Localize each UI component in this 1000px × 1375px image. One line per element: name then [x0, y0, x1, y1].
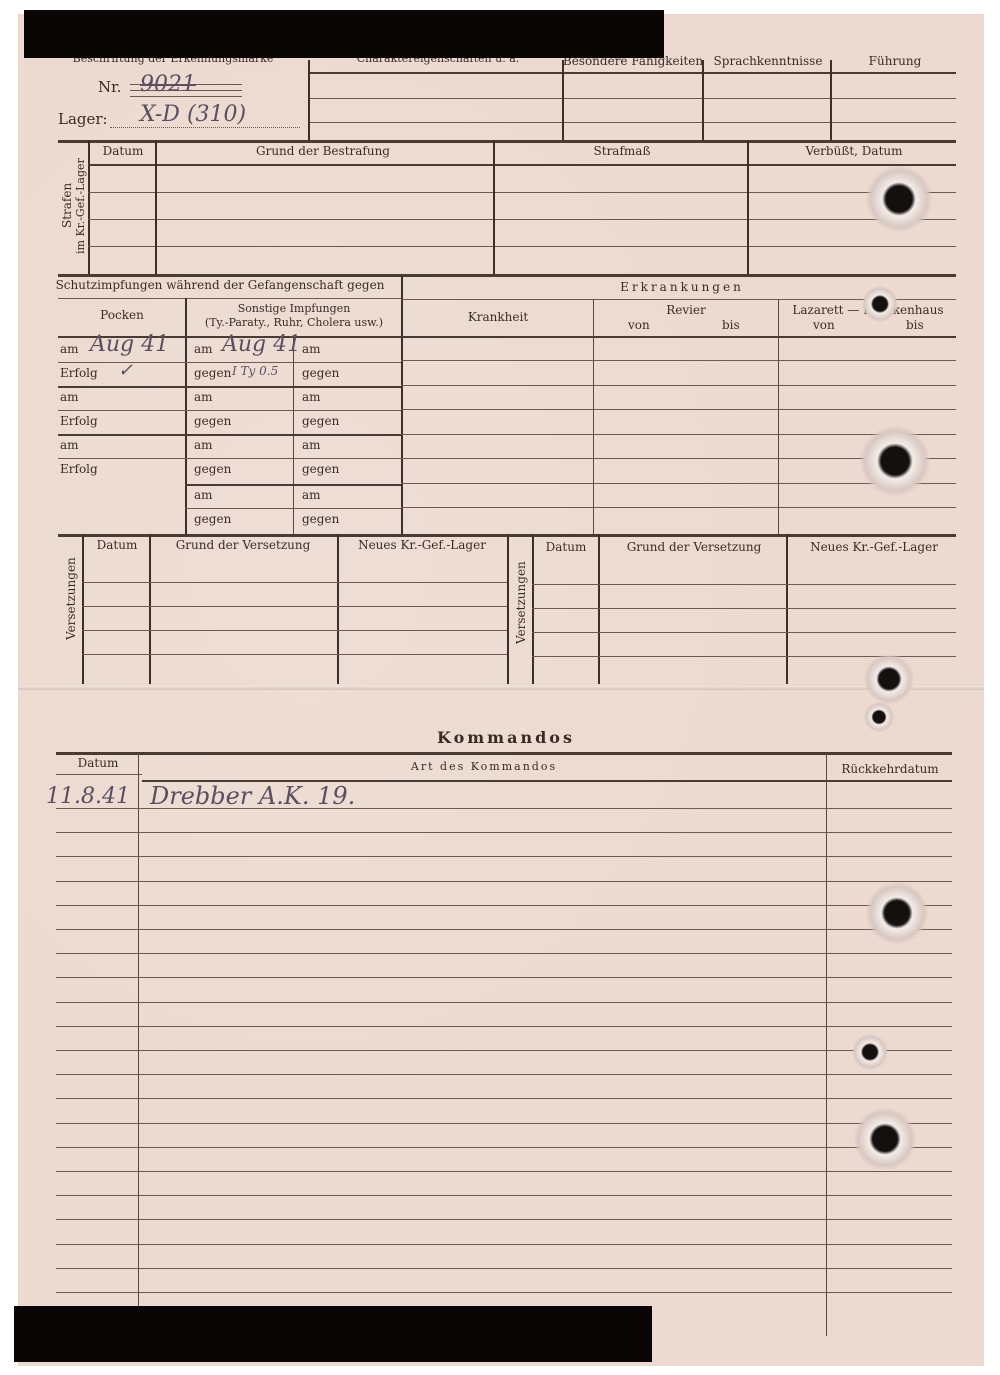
divider [532, 534, 534, 684]
col-fuehrung-label: Führung [869, 54, 922, 68]
rule [185, 362, 401, 363]
pocken-erfolg-1: Erfolg [60, 366, 98, 380]
rule [58, 410, 185, 411]
ruled-line [56, 856, 952, 857]
damage-hole [862, 286, 898, 322]
sonstige-am-1: am [194, 342, 213, 356]
damage-hole [864, 654, 914, 704]
kommandos-col-datum: Datum [78, 756, 119, 770]
rule [88, 164, 956, 166]
divider [830, 60, 832, 140]
lager-value: X-D (310) [140, 102, 246, 127]
ruled-line [82, 654, 507, 655]
sonstige-am-3b: am [302, 438, 321, 452]
pocken-erfolg-2: Erfolg [60, 414, 98, 428]
divider [747, 140, 749, 274]
lager-dotted-line [110, 127, 300, 128]
ruled-line [56, 977, 952, 978]
ruled-line [56, 1050, 952, 1051]
revier-bis: bis [722, 318, 740, 332]
ruled-line [401, 360, 956, 361]
pocken-erfolg-3: Erfolg [60, 462, 98, 476]
rule [185, 410, 401, 411]
sonstige-am-1b: am [302, 342, 321, 356]
pocken-am-3: am [60, 438, 79, 452]
redaction-bar-top [24, 10, 664, 58]
ruled-line [56, 1195, 952, 1196]
rule [88, 192, 956, 193]
ruled-line [401, 507, 956, 508]
lazarett-von: von [813, 318, 835, 332]
divider [337, 534, 339, 684]
divider [598, 534, 600, 684]
versetzungen-side-label-left: Versetzungen [64, 557, 78, 640]
nr-label: Nr. [98, 78, 121, 96]
divider [185, 298, 187, 534]
rule [56, 774, 142, 775]
divider [88, 140, 90, 274]
rule [310, 98, 956, 99]
versetzungen-side-label-right: Versetzungen [514, 561, 528, 644]
erkrankungen-col-revier: Revier [666, 303, 706, 317]
ruled-line [56, 832, 952, 833]
strafen-col-datum: Datum [103, 144, 144, 158]
damage-hole [854, 1108, 916, 1170]
rule [185, 434, 401, 436]
strafen-col-strafmass: Strafmaß [594, 144, 651, 158]
ruled-line [401, 409, 956, 410]
ruled-line [56, 905, 952, 906]
kommandos-col-art: Art des Kommandos [411, 760, 557, 773]
sonstige-am-2: am [194, 390, 213, 404]
vers-left-col-grund: Grund der Versetzung [176, 538, 311, 552]
rule [185, 484, 401, 486]
vers-right-col-grund: Grund der Versetzung [627, 540, 762, 554]
rule [88, 246, 956, 247]
strafen-side-label: Strafen [60, 183, 74, 228]
ruled-line [56, 1219, 952, 1220]
divider [593, 299, 594, 534]
pocken-label: Pocken [100, 308, 144, 322]
sonstige-am-3: am [194, 438, 213, 452]
divider [401, 276, 403, 534]
sonstige-am-1-value: Aug 41 [222, 332, 301, 357]
ruled-line [82, 582, 507, 583]
rule [185, 458, 401, 459]
ruled-line [56, 1123, 952, 1124]
strafen-col-grund: Grund der Bestrafung [256, 144, 390, 158]
sonstige-gegen-4b: gegen [302, 512, 339, 526]
sonstige-gegen-1: gegen [194, 366, 231, 380]
ruled-line [56, 953, 952, 954]
sonstige-label-2: (Ty.-Paraty., Ruhr, Cholera usw.) [205, 316, 383, 329]
erkrankungen-title: Erkrankungen [620, 280, 744, 294]
rule [88, 219, 956, 220]
rule [58, 434, 185, 436]
ruled-line [401, 385, 956, 386]
nr-value: 9021 [140, 72, 196, 97]
ruled-line [56, 881, 952, 882]
impfungen-title: Schutzimpfungen während der Gefangenscha… [56, 278, 385, 292]
pocken-am-1: am [60, 342, 79, 356]
divider [155, 140, 157, 274]
divider [702, 60, 704, 140]
sonstige-am-4b: am [302, 488, 321, 502]
ruled-line [56, 1002, 952, 1003]
erkrankungen-col-krankheit: Krankheit [468, 310, 528, 324]
ruled-line [56, 1098, 952, 1099]
rule [58, 336, 956, 338]
strafen-col-verbuesst: Verbüßt, Datum [806, 144, 903, 158]
ruled-line [56, 1244, 952, 1245]
ruled-line [56, 1171, 952, 1172]
sonstige-gegen-2b: gegen [302, 414, 339, 428]
sonstige-gegen-1b: gegen [302, 366, 339, 380]
card-fold [18, 686, 984, 692]
rule [185, 386, 401, 388]
rule [310, 122, 956, 123]
vers-left-col-datum: Datum [97, 538, 138, 552]
divider [507, 534, 509, 684]
vers-right-col-lager: Neues Kr.-Gef.-Lager [810, 540, 938, 554]
rule [58, 274, 956, 277]
divider [786, 534, 788, 684]
rule [58, 458, 185, 459]
damage-hole [864, 702, 894, 732]
rule [58, 298, 401, 299]
pocken-erfolg-1-value: ✓ [118, 360, 133, 381]
pocken-am-2: am [60, 390, 79, 404]
divider [82, 534, 84, 684]
ruled-line [56, 1268, 952, 1269]
divider [826, 754, 827, 1336]
divider [493, 140, 495, 274]
sonstige-gegen-2: gegen [194, 414, 231, 428]
strafen-side-label-2: im Kr.-Gef.-Lager [74, 158, 87, 254]
rule [58, 386, 185, 388]
kommandos-title: Kommandos [437, 728, 575, 747]
sonstige-gegen-4: gegen [194, 512, 231, 526]
revier-von: von [628, 318, 650, 332]
sonstige-gegen-3: gegen [194, 462, 231, 476]
lager-label: Lager: [58, 110, 108, 128]
sonstige-label-1: Sonstige Impfungen [238, 302, 351, 315]
sonstige-gegen-1-value: I Ty 0.5 [232, 364, 278, 378]
redaction-bar-bottom [14, 1306, 652, 1362]
ruled-line [56, 1074, 952, 1075]
ruled-line [82, 606, 507, 607]
divider [138, 754, 139, 1306]
damage-hole [866, 882, 928, 944]
sonstige-am-4: am [194, 488, 213, 502]
ruled-line [56, 1292, 952, 1293]
kommandos-col-rueckkehr: Rückkehrdatum [841, 762, 938, 776]
col-sprachkenntnisse-label: Sprachkenntnisse [714, 54, 823, 68]
rule [58, 140, 956, 143]
vers-right-col-datum: Datum [546, 540, 587, 554]
pocken-am-1-value: Aug 41 [90, 332, 169, 357]
index-card: Beschriftung der Erkennungsmarke Nr. 902… [18, 14, 984, 1366]
sonstige-gegen-3b: gegen [302, 462, 339, 476]
sonstige-am-2b: am [302, 390, 321, 404]
kommando-1-art: Drebber A.K. 19. [150, 782, 355, 810]
divider [778, 299, 779, 534]
ruled-line [56, 808, 952, 809]
lazarett-bis: bis [906, 318, 924, 332]
rule [56, 752, 952, 755]
ruled-line [56, 1147, 952, 1148]
ruled-line [82, 630, 507, 631]
rule [310, 72, 956, 74]
vers-left-col-lager: Neues Kr.-Gef.-Lager [358, 538, 486, 552]
ruled-line [532, 632, 956, 633]
damage-hole [860, 426, 930, 496]
damage-hole [852, 1034, 888, 1070]
ruled-line [532, 608, 956, 609]
divider [149, 534, 151, 684]
ruled-line [532, 584, 956, 585]
ruled-line [56, 929, 952, 930]
rule [185, 508, 401, 509]
divider [562, 60, 564, 140]
damage-hole [866, 166, 932, 232]
ruled-line [56, 1026, 952, 1027]
kommando-1-datum: 11.8.41 [46, 784, 130, 809]
